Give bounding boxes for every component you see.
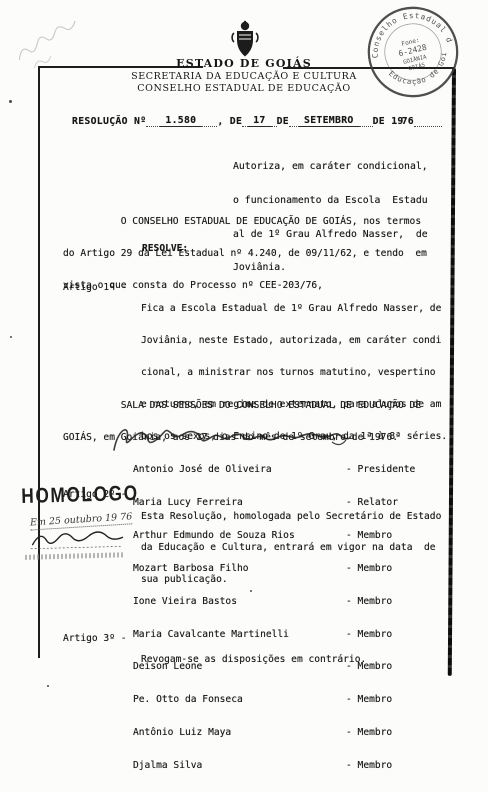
signer-name: Djalma Silva bbox=[133, 761, 346, 772]
signer-name: Antônio Luiz Maya bbox=[133, 728, 346, 739]
signer-role: - Membro bbox=[346, 597, 392, 608]
signer-row: Antonio José de Oliveira - Presidente bbox=[133, 465, 415, 477]
resolution-label: RESOLUÇÃO Nº bbox=[72, 116, 146, 127]
resolution-sep3: DE 19 bbox=[373, 116, 404, 127]
signer-role: - Membro bbox=[346, 531, 392, 542]
signer-row: Deison Leone - Membro bbox=[133, 662, 415, 674]
preamble-line: do Artigo 29 da Lei Estadual nº 4.240, d… bbox=[63, 249, 427, 260]
resolution-sep1: , DE bbox=[217, 116, 242, 127]
article-line: cional, a ministrar nos turnos matutino,… bbox=[141, 368, 447, 379]
signer-row: Maria Lucy Ferreira - Relator bbox=[133, 498, 415, 510]
scan-speck bbox=[47, 685, 49, 687]
signer-name: Mozart Barbosa Filho bbox=[133, 564, 346, 575]
homologo-signature-scribble bbox=[28, 526, 129, 551]
signer-role: - Membro bbox=[346, 630, 392, 641]
signers-list: Antonio José de Oliveira - Presidente Ma… bbox=[133, 444, 415, 792]
resolution-line: RESOLUÇÃO Nº 1.580 , DE 17 DE SETEMBRO D… bbox=[72, 115, 442, 127]
article-line: Joviânia, neste Estado, autorizada, em c… bbox=[141, 336, 447, 347]
signer-name: Antonio José de Oliveira bbox=[133, 465, 346, 476]
signer-name: Pe. Otto da Fonseca bbox=[133, 695, 346, 706]
scan-speck bbox=[10, 336, 12, 338]
signer-role: - Membro bbox=[346, 761, 392, 772]
resolve-word: RESOLVE: bbox=[142, 244, 188, 255]
signer-row: Pe. Otto da Fonseca - Membro bbox=[133, 695, 415, 707]
resolution-month: SETEMBRO bbox=[299, 115, 359, 127]
article-3-label: Artigo 3º - bbox=[63, 634, 141, 687]
signer-row: Ione Vieira Bastos - Membro bbox=[133, 597, 415, 609]
homologo-title: HOMOLOGO bbox=[21, 482, 145, 509]
scan-speck bbox=[9, 100, 12, 103]
dotted-fill bbox=[289, 116, 299, 127]
signer-role: - Relator bbox=[346, 498, 398, 509]
coat-of-arms-icon bbox=[229, 19, 261, 61]
resolution-year: 76 bbox=[402, 116, 414, 127]
signer-name: Deison Leone bbox=[133, 662, 346, 673]
dotted-fill bbox=[201, 116, 217, 127]
resolution-sep2: DE bbox=[277, 116, 289, 127]
signer-row: Djalma Silva - Membro bbox=[133, 761, 415, 773]
summary-line: Autoriza, em caráter condicional, bbox=[233, 161, 428, 172]
signer-name: Ione Vieira Bastos bbox=[133, 597, 346, 608]
homologo-stamp: HOMOLOGO Em 25 outubro 19 76 bbox=[21, 481, 173, 560]
signer-role: - Membro bbox=[346, 695, 392, 706]
signer-row: Arthur Edmundo de Souza Rios - Membro bbox=[133, 531, 415, 543]
signer-role: - Presidente bbox=[346, 465, 415, 476]
dotted-fill bbox=[414, 116, 442, 127]
resolution-number: 1.580 bbox=[160, 115, 201, 127]
dotted-fill bbox=[146, 116, 160, 127]
scan-speck bbox=[250, 590, 252, 592]
dotted-fill bbox=[359, 116, 373, 127]
preamble-line: O CONSELHO ESTADUAL DE EDUCAÇÃO DE GOIÁS… bbox=[63, 217, 427, 228]
signer-role: - Membro bbox=[346, 662, 392, 673]
closing-line: SALA DAS SESSÕES DO CONSELHO ESTADUAL DE… bbox=[63, 401, 421, 412]
resolution-day: 17 bbox=[248, 115, 270, 127]
frame-left-border bbox=[38, 66, 40, 658]
article-line: Fica a Escola Estadual de 1º Grau Alfred… bbox=[141, 304, 447, 315]
signer-row: Antônio Luiz Maya - Membro bbox=[133, 728, 415, 740]
signer-name: Maria Cavalcante Martinelli bbox=[133, 630, 346, 641]
signer-role: - Membro bbox=[346, 564, 392, 575]
signer-row: Mozart Barbosa Filho - Membro bbox=[133, 564, 415, 576]
signer-role: - Membro bbox=[346, 728, 392, 739]
signer-row: Maria Cavalcante Martinelli - Membro bbox=[133, 630, 415, 642]
document-page: ESTADO DE GOIÁS SECRETARIA DA EDUCAÇÃO E… bbox=[0, 0, 488, 792]
